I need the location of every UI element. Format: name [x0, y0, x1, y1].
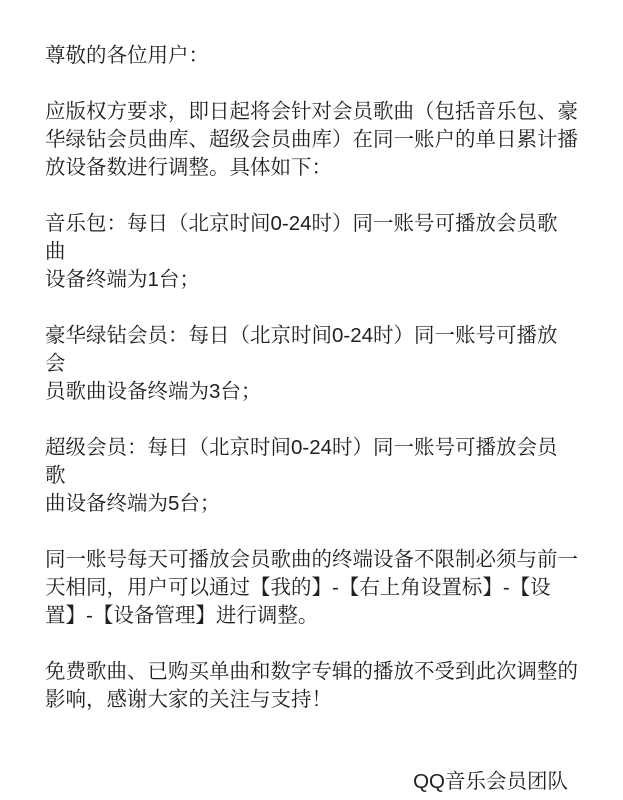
announcement-paragraph-device-management: 同一账号每天可播放会员歌曲的终端设备不限制必须与前一 天相同，用户可以通过【我的… — [45, 546, 578, 630]
announcement-paragraph-luxury-green-diamond: 豪华绿钻会员：每日（北京时间0-24时）同一账号可播放会 员歌曲设备终端为3台； — [45, 322, 578, 406]
announcement-paragraph-super-vip: 超级会员：每日（北京时间0-24时）同一账号可播放会员歌 曲设备终端为5台； — [45, 434, 578, 518]
announcement-paragraph-music-pack: 音乐包：每日（北京时间0-24时）同一账号可播放会员歌曲 设备终端为1台； — [45, 210, 578, 294]
signature: QQ音乐会员团队 — [45, 768, 578, 796]
salutation: 尊敬的各位用户： — [45, 42, 578, 70]
announcement-document: 尊敬的各位用户： 应版权方要求，即日起将会针对会员歌曲（包括音乐包、豪 华绿钻会… — [0, 0, 623, 800]
announcement-paragraph-closing: 免费歌曲、已购买单曲和数字专辑的播放不受到此次调整的 影响，感谢大家的关注与支持… — [45, 658, 578, 714]
announcement-paragraph-intro: 应版权方要求，即日起将会针对会员歌曲（包括音乐包、豪 华绿钻会员曲库、超级会员曲… — [45, 98, 578, 182]
